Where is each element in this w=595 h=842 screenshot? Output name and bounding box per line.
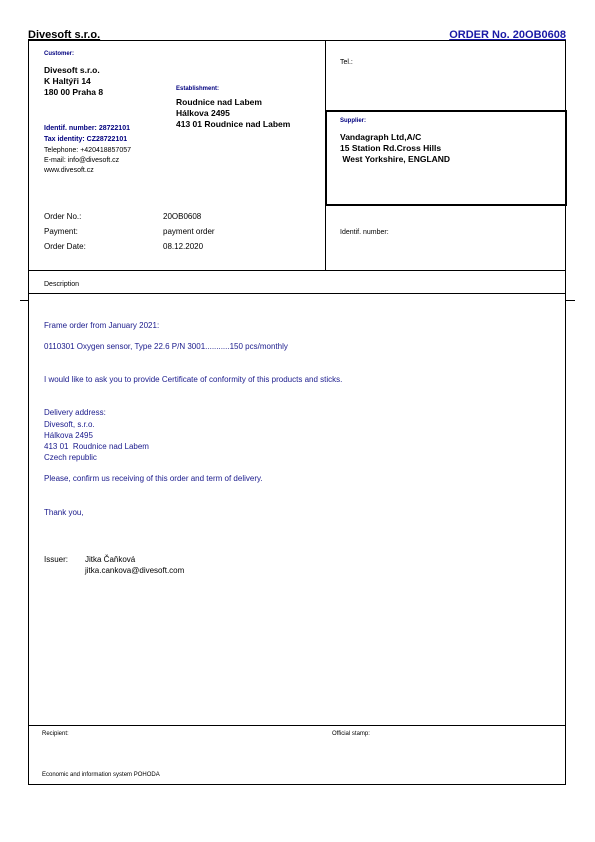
customer-address: Divesoft s.r.o. K Haltýři 14 180 00 Prah… [44,65,103,98]
issuer-name: Jitka Čaňková [85,555,135,564]
order-date-value: 08.12.2020 [163,242,203,251]
establishment-line: Hálkova 2495 [176,108,290,119]
supplier-line: Vandagraph Ltd,A/C [340,132,450,143]
fold-mark-right [566,300,575,301]
pohoda-system-label: Economic and information system POHODA [42,772,160,778]
customer-line: Divesoft s.r.o. [44,65,103,76]
customer-telephone: Telephone: +420418857057 [44,147,131,154]
issuer-email: jitka.cankova@divesoft.com [85,566,184,575]
establishment-address: Roudnice nad Labem Hálkova 2495 413 01 R… [176,97,290,130]
customer-web: www.divesoft.cz [44,167,94,174]
establishment-line: Roudnice nad Labem [176,97,290,108]
delivery-address-label: Delivery address: [44,408,106,417]
customer-label: Customer: [44,51,74,57]
tel-label: Tel.: [340,59,353,66]
establishment-label: Establishment: [176,86,219,92]
customer-line: 180 00 Praha 8 [44,87,103,98]
supplier-identif-label: Identif. number: [340,229,389,236]
delivery-line: Czech republic [44,452,149,463]
payment-value: payment order [163,227,215,236]
order-no-value: 20OB0608 [163,212,201,221]
fold-mark-left [20,300,28,301]
delivery-line: Divesoft, s.r.o. [44,419,149,430]
supplier-label: Supplier: [340,118,366,124]
item-line: 0110301 Oxygen sensor, Type 22.6 P/N 300… [44,342,288,351]
delivery-line: Hálkova 2495 [44,430,149,441]
issuer-label: Issuer: [44,555,68,564]
footer-divider [28,725,566,726]
order-date-label: Order Date: [44,242,86,251]
establishment-line: 413 01 Roudnice nad Labem [176,119,290,130]
customer-tax-identity: Tax identity: CZ28722101 [44,136,127,143]
frame-order-text: Frame order from January 2021: [44,321,159,330]
delivery-line: 413 01 Roudnice nad Labem [44,441,149,452]
delivery-address: Divesoft, s.r.o. Hálkova 2495 413 01 Rou… [44,419,149,463]
payment-label: Payment: [44,227,78,236]
recipient-label: Recipient: [42,731,69,737]
customer-email: E-mail: info@divesoft.cz [44,157,119,164]
description-header: Description [44,281,79,288]
supplier-address: Vandagraph Ltd,A/C 15 Station Rd.Cross H… [340,132,450,165]
customer-line: K Haltýři 14 [44,76,103,87]
order-no-label: Order No.: [44,212,81,221]
supplier-line: West Yorkshire, ENGLAND [340,154,450,165]
certificate-request: I would like to ask you to provide Certi… [44,375,342,384]
supplier-line: 15 Station Rd.Cross Hills [340,143,450,154]
customer-identif-number: Identif. number: 28722101 [44,125,130,132]
confirm-text: Please, confirm us receiving of this ord… [44,474,263,483]
thanks-text: Thank you, [44,508,84,517]
description-bottom-divider [28,293,566,294]
description-top-divider [28,270,566,271]
official-stamp-label: Official stamp: [332,731,370,737]
